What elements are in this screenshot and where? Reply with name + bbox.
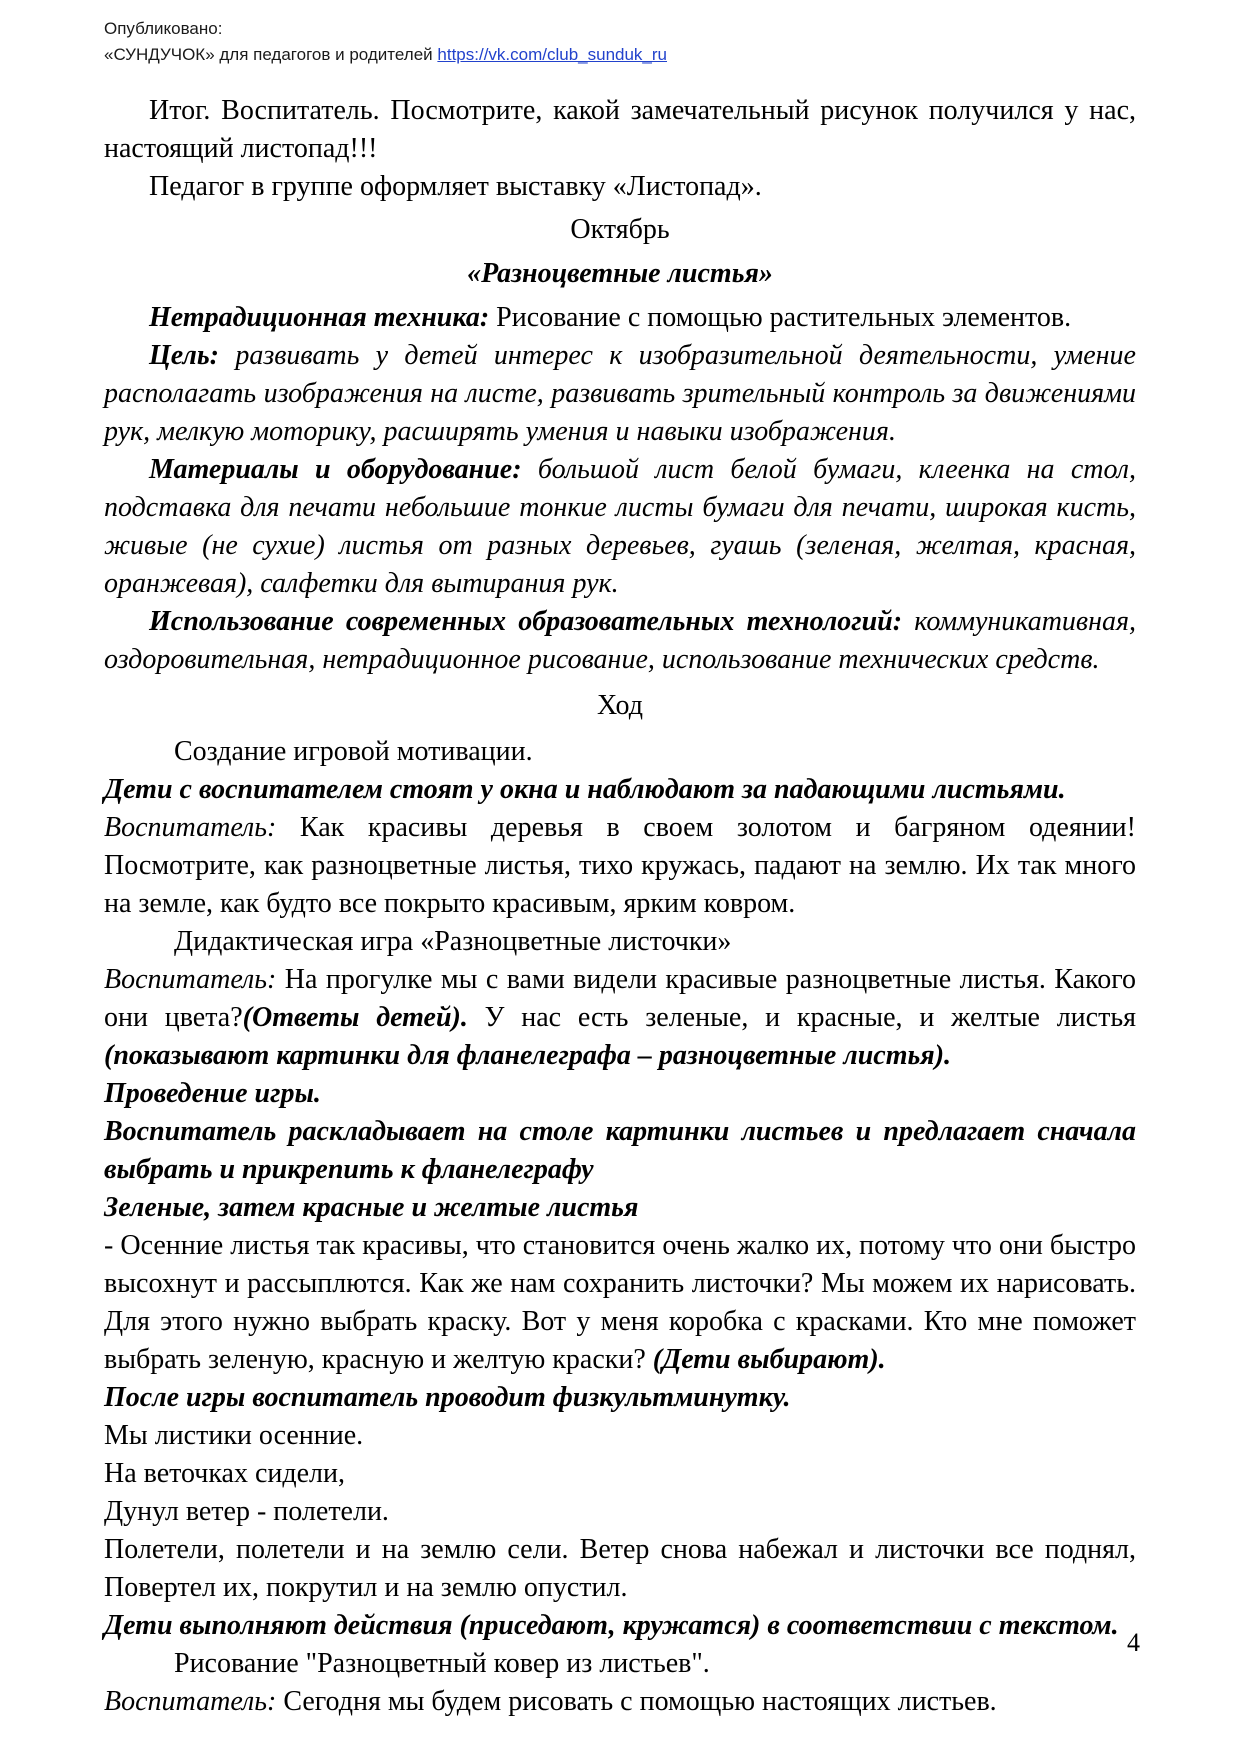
- para-teacher-lays: Воспитатель раскладывает на столе картин…: [104, 1113, 1136, 1189]
- source-line: «СУНДУЧОК» для педагогов и родителей htt…: [104, 42, 1136, 68]
- goal-text: развивать у детей интерес к изобразитель…: [104, 340, 1136, 447]
- source-prefix: «СУНДУЧОК» для педагогов и родителей: [104, 45, 437, 64]
- heading-title: «Разноцветные листья»: [104, 255, 1136, 293]
- para-exhibition: Педагог в группе оформляет выставку «Лис…: [104, 168, 1136, 206]
- para-materials: Материалы и оборудование: большой лист б…: [104, 451, 1136, 603]
- para-goal: Цель: развивать у детей интерес к изобра…: [104, 337, 1136, 451]
- autumn-text: - Осенние листья так красивы, что станов…: [104, 1230, 1136, 1375]
- teacher3-text: Сегодня мы будем рисовать с помощью наст…: [276, 1686, 996, 1717]
- para-technologies: Использование современных образовательны…: [104, 603, 1136, 679]
- published-label: Опубликовано:: [104, 16, 1136, 42]
- goal-label: Цель:: [149, 340, 219, 371]
- vk-link[interactable]: https://vk.com/club_sunduk_ru: [437, 45, 667, 64]
- heading-hod: Ход: [104, 687, 1136, 725]
- teacher2-label: Воспитатель:: [104, 964, 276, 995]
- para-verse3: Дунул ветер - полетели.: [104, 1493, 1136, 1531]
- technologies-label: Использование современных образовательны…: [149, 606, 902, 637]
- document-body: Итог. Воспитатель. Посмотрите, какой зам…: [104, 92, 1136, 1721]
- page-number: 4: [1127, 1628, 1140, 1658]
- para-teacher1: Воспитатель: Как красивы деревья в своем…: [104, 809, 1136, 923]
- para-drawing-title: Рисование "Разноцветный ковер из листьев…: [104, 1645, 1136, 1683]
- para-verse2: На веточках сидели,: [104, 1455, 1136, 1493]
- para-game-conduct: Проведение игры.: [104, 1075, 1136, 1113]
- document-page: Опубликовано: «СУНДУЧОК» для педагогов и…: [0, 0, 1240, 1754]
- materials-label: Материалы и оборудование:: [149, 454, 522, 485]
- children-choose: (Дети выбирают).: [653, 1344, 886, 1375]
- para-children-window: Дети с воспитателем стоят у окна и наблю…: [104, 771, 1136, 809]
- teacher2-pictures: (показывают картинки для фланелеграфа – …: [104, 1040, 951, 1071]
- para-autumn: - Осенние листья так красивы, что станов…: [104, 1227, 1136, 1379]
- teacher2-answers: (Ответы детей).: [243, 1002, 468, 1033]
- para-verse4: Полетели, полетели и на землю сели. Вете…: [104, 1531, 1136, 1607]
- page-header: Опубликовано: «СУНДУЧОК» для педагогов и…: [104, 16, 1136, 68]
- teacher2-text2: У нас есть зеленые, и красные, и желтые …: [468, 1002, 1136, 1033]
- heading-month: Октябрь: [104, 211, 1136, 249]
- para-game-title: Дидактическая игра «Разноцветные листочк…: [104, 923, 1136, 961]
- technique-text: Рисование с помощью растительных элемент…: [489, 302, 1071, 333]
- para-verse1: Мы листики осенние.: [104, 1417, 1136, 1455]
- para-teacher3: Воспитатель: Сегодня мы будем рисовать с…: [104, 1683, 1136, 1721]
- teacher1-label: Воспитатель:: [104, 812, 276, 843]
- teacher3-label: Воспитатель:: [104, 1686, 276, 1717]
- para-teacher2: Воспитатель: На прогулке мы с вами видел…: [104, 961, 1136, 1075]
- technique-label: Нетрадиционная техника:: [149, 302, 489, 333]
- para-technique: Нетрадиционная техника: Рисование с помо…: [104, 299, 1136, 337]
- para-after-game: После игры воспитатель проводит физкульт…: [104, 1379, 1136, 1417]
- para-result: Итог. Воспитатель. Посмотрите, какой зам…: [104, 92, 1136, 168]
- para-leaves-order: Зеленые, затем красные и желтые листья: [104, 1189, 1136, 1227]
- para-children-actions: Дети выполняют действия (приседают, круж…: [104, 1607, 1136, 1645]
- para-motivation: Создание игровой мотивации.: [104, 733, 1136, 771]
